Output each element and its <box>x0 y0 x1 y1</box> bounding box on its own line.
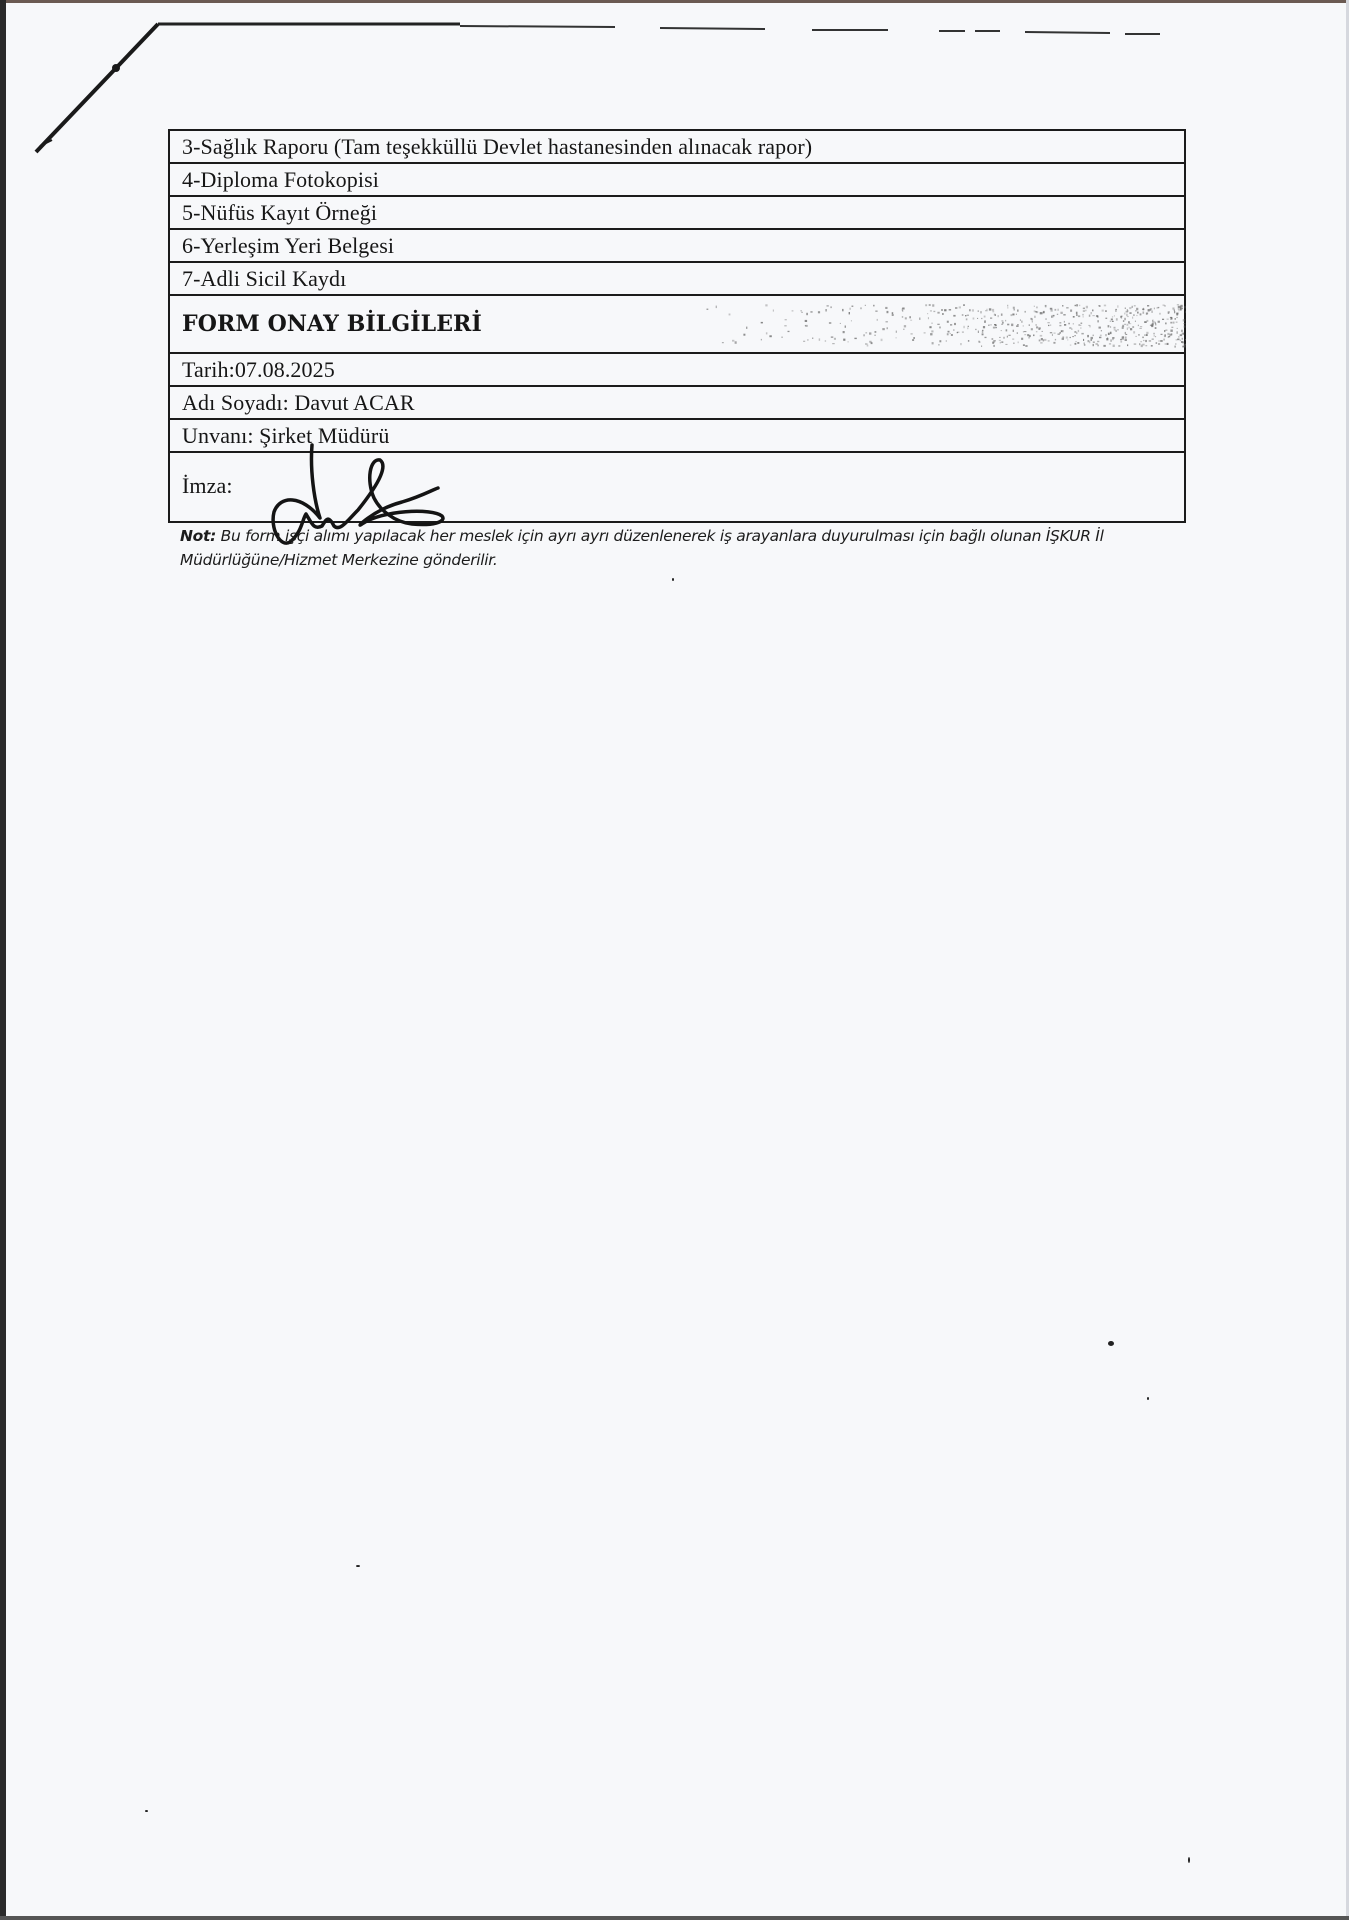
required-document-row: 6-Yerleşim Yeri Belgesi <box>170 230 1184 263</box>
date-field: Tarih:07.08.2025 <box>182 357 335 383</box>
scan-noise <box>690 300 1186 350</box>
scan-speck <box>672 578 674 581</box>
signature-label: İmza: <box>182 473 233 499</box>
required-document-text: 6-Yerleşim Yeri Belgesi <box>182 233 394 259</box>
name-field: Adı Soyadı: Davut ACAR <box>182 390 415 416</box>
scan-speck <box>1108 1341 1114 1346</box>
required-document-row: 5-Nüfüs Kayıt Örneği <box>170 197 1184 230</box>
note-label: Not: <box>180 527 216 545</box>
name-row: Adı Soyadı: Davut ACAR <box>170 387 1184 420</box>
note-text: Bu form işçi alımı yapılacak her meslek … <box>180 527 1104 569</box>
approval-section-title: FORM ONAY BİLGİLERİ <box>182 311 482 337</box>
required-document-row: 3-Sağlık Raporu (Tam teşekküllü Devlet h… <box>170 131 1184 164</box>
scan-speck <box>356 1565 360 1567</box>
scan-speck <box>1188 1857 1190 1863</box>
required-document-text: 3-Sağlık Raporu (Tam teşekküllü Devlet h… <box>182 134 812 160</box>
required-document-text: 5-Nüfüs Kayıt Örneği <box>182 200 377 226</box>
form-note: Not: Bu form işçi alımı yapılacak her me… <box>180 524 1190 572</box>
date-row: Tarih:07.08.2025 <box>170 354 1184 387</box>
approval-section-header: FORM ONAY BİLGİLERİ <box>170 296 1184 354</box>
scan-speck <box>145 1810 148 1812</box>
scan-edge-left <box>0 0 6 1920</box>
scan-speck <box>1147 1397 1149 1400</box>
required-document-row: 4-Diploma Fotokopisi <box>170 164 1184 197</box>
required-document-text: 7-Adli Sicil Kaydı <box>182 266 346 292</box>
required-document-text: 4-Diploma Fotokopisi <box>182 167 379 193</box>
required-document-row: 7-Adli Sicil Kaydı <box>170 263 1184 296</box>
scan-edge-bottom <box>0 1916 1349 1920</box>
